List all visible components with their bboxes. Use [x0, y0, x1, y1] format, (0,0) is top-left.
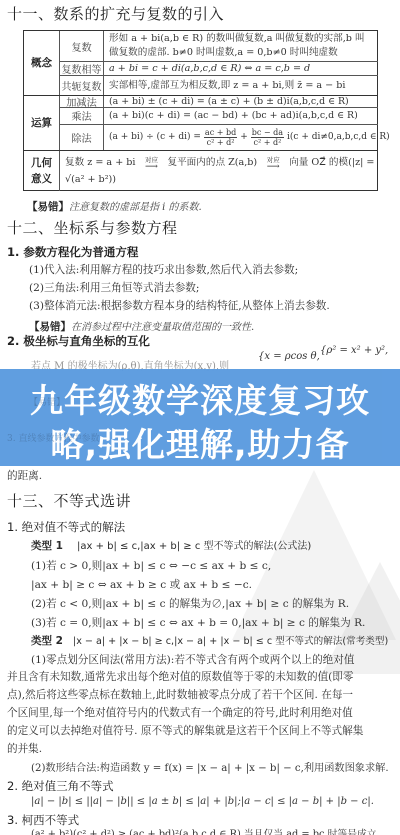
arrow-right-icon: ⟶: [145, 164, 158, 171]
pitfall-note-11: 【易错】注意复数的虚部是指 i 的系数.: [27, 195, 202, 214]
type-2-text: |x − a| + |x − b| ≥ c,|x − a| + |x − b| …: [73, 636, 388, 647]
section-11-title: 十一、数系的扩充与复数的引入: [7, 3, 224, 24]
content-complex: 形如 a + bi(a,b ∈ R) 的数叫做复数,a 叫做复数的实部,b 叫 …: [104, 31, 378, 61]
section-12-title: 十二、坐标系与参数方程: [7, 217, 178, 238]
item-12-1-title: 1. 参数方程化为普通方程: [7, 244, 138, 260]
item-13-2-formula: |a| − |b| ≤ ||a| − |b|| ≤ |a ± b| ≤ |a| …: [31, 796, 374, 807]
category-geometry-line2: 意义: [31, 171, 52, 187]
category-concept: 概念: [24, 31, 59, 95]
geo-point: 复平面内的点 Z(a,b): [168, 154, 258, 171]
correspond-arrow-2: 对应 ⟶: [259, 157, 287, 171]
type-1-heading: 类型 1|ax + b| ≤ c,|ax + b| ≥ c 型不等式的解法(公式…: [31, 537, 311, 553]
sub-conjugate: 共轭复数: [60, 75, 103, 95]
type-2-heading: 类型 2|x − a| + |x − b| ≥ c,|x − a| + |x −…: [31, 633, 388, 648]
sub-addsub: 加减法: [60, 95, 103, 107]
content-div: (a + bi) ÷ (c + di) = ac + bd c² + d² + …: [104, 124, 378, 150]
div-num-1: ac + bd: [204, 128, 237, 138]
pitfall-note-12: 【易错】在消参过程中注意变量取值范围的一致性.: [29, 315, 254, 334]
content-geometry: 复数 z = a + bi 对应 ⟶ 复平面内的点 Z(a,b) 对应 ⟶ 向量…: [60, 150, 378, 191]
div-fraction-1: ac + bd c² + d²: [204, 128, 237, 147]
pitfall-text: 在消参过程中注意变量取值范围的一致性.: [71, 322, 254, 333]
geo-complex: 复数 z = a + bi: [65, 154, 136, 171]
div-den-1: c² + d²: [207, 138, 235, 147]
item-12-1-line2: (2)三角法:利用三角恒等式消去参数;: [29, 280, 199, 295]
item-13-2-title: 2. 绝对值三角不等式: [7, 778, 114, 794]
type-2-para-line6: 的并集.: [7, 741, 42, 756]
category-geometry: 几何 意义: [24, 150, 59, 191]
item-12-1-line1: (1)代入法:利用解方程的技巧求出参数,然后代入消去参数;: [29, 262, 298, 277]
type-1-text: |ax + b| ≤ c,|ax + b| ≥ c 型不等式的解法(公式法): [77, 541, 311, 552]
complex-number-table: 概念 运算 几何 意义 复数 复数相等 共轭复数 加减法 乘法 除法 形如 a …: [23, 30, 378, 191]
type-2-para-line3: 点),然后将这些零点标在数轴上,此时数轴被零点分成了若干个区间. 在每一: [7, 687, 353, 702]
title-banner: 九年级数学深度复习攻 略,强化理解,助力备: [0, 369, 400, 466]
item-12-3-tail: 的距离.: [7, 468, 42, 483]
type-1-line3: (2)若 c < 0,则|ax + b| ≤ c 的解集为∅,|ax + b| …: [31, 596, 349, 611]
div-num-2: bc − da: [251, 128, 284, 138]
geo-vector: 向量 OZ⃗ 的模(|z| =: [289, 154, 374, 171]
sub-complex: 复数: [60, 31, 103, 61]
content-conjugate: 实部相等,虚部互为相反数,即 z = a + bi,则 z̄ = a − bi: [104, 75, 378, 95]
item-13-1-title: 1. 绝对值不等式的解法: [7, 519, 125, 535]
type-2-para-line1: (1)零点划分区间法(常用方法):若不等式含有两个或两个以上的绝对值: [31, 652, 354, 667]
obscured-item-3: 3. 直线参数方程中参数: [7, 431, 99, 444]
polar-rho: ρ² = x² + y²,: [326, 345, 388, 356]
arrow-right-icon: ⟶: [267, 164, 280, 171]
div-den-2: c² + d²: [253, 138, 281, 147]
content-addsub: (a + bi) ± (c + di) = (a ± c) + (b ± d)i…: [104, 95, 378, 107]
content-geometry-line1: 复数 z = a + bi 对应 ⟶ 复平面内的点 Z(a,b) 对应 ⟶ 向量…: [65, 154, 374, 171]
type-1-line4: (3)若 c = 0,则|ax + b| ≤ c ⇔ ax + b = 0,|a…: [31, 615, 365, 630]
div-prefix: (a + bi) ÷ (c + di) =: [109, 130, 201, 145]
type-2-para-line5: 的定义可以去掉绝对值符号. 原不等式的解集就是这若干个区间上不等式解集: [7, 723, 363, 738]
item-12-1-line3: (3)整体消元法:根据参数方程本身的结构特征,从整体上消去参数.: [29, 298, 330, 313]
div-suffix: i(c + di≠0,a,b,c,d ∈ R): [287, 130, 390, 145]
sub-div: 除法: [60, 124, 103, 150]
pitfall-text: 注意复数的虚部是指 i 的系数.: [69, 202, 202, 213]
polar-x: x = ρcos θ,: [264, 351, 319, 362]
type-1-line1: (1)若 c > 0,则|ax + b| ≤ c ⇔ −c ≤ ax + b ≤…: [31, 558, 271, 573]
type-2-para-line2: 并且含有未知数,通常先求出每个绝对值的原数值等于零的未知数的值(即零: [7, 669, 354, 684]
type-2-method2: (2)数形结合法:构造函数 y = f(x) = |x − a| + |x − …: [31, 759, 389, 774]
pitfall-label: 【易错】: [29, 321, 71, 333]
content-mul: (a + bi)(c + di) = (ac − bd) + (bc + ad)…: [104, 107, 378, 124]
div-plus: +: [240, 130, 248, 145]
sub-mul: 乘法: [60, 107, 103, 124]
type-1-line2: |ax + b| ≥ c ⇔ ax + b ≥ c 或 ax + b ≤ −c.: [31, 577, 252, 592]
pitfall-label: 【易错】: [27, 201, 69, 213]
category-geometry-line1: 几何: [31, 155, 52, 171]
type-1-label: 类型 1: [31, 540, 63, 552]
item-12-2-title: 2. 极坐标与直角坐标的互化: [7, 333, 150, 349]
content-equal: a + bi = c + di(a,b,c,d ∈ R) ⇔ a = c,b =…: [104, 61, 378, 75]
div-fraction-2: bc − da c² + d²: [251, 128, 284, 147]
type-2-label: 类型 2: [31, 635, 63, 647]
content-complex-line1: 形如 a + bi(a,b ∈ R) 的数叫做复数,a 叫做复数的实部,b 叫: [109, 32, 365, 46]
category-operation: 运算: [24, 95, 59, 150]
content-geometry-line2: √(a² + b²)): [65, 171, 116, 188]
section-13-title: 十三、不等式选讲: [7, 490, 131, 511]
obscured-pitfall: 【易错】: [29, 395, 65, 408]
type-2-para-line4: 个区间里,每一个绝对值符号内的代数式有一个确定的符号,此时利用绝对值: [7, 705, 353, 720]
correspond-arrow-1: 对应 ⟶: [138, 157, 166, 171]
sub-equal: 复数相等: [60, 61, 103, 75]
polar-formula-right: {ρ² = x² + y²,: [320, 345, 388, 356]
document-page: 十一、数系的扩充与复数的引入 概念 运算 几何 意义 复数 复数相等 共轭复数 …: [0, 0, 400, 835]
content-complex-line2: 做复数的虚部. b≠0 时叫虚数,a = 0,b≠0 时叫纯虚数: [109, 46, 338, 60]
polar-formula-left: {x = ρcos θ,: [258, 351, 320, 362]
item-13-3-formula: (a² + b²)(c² + d²) ≥ (ac + bd)²(a,b,c,d …: [31, 826, 380, 835]
